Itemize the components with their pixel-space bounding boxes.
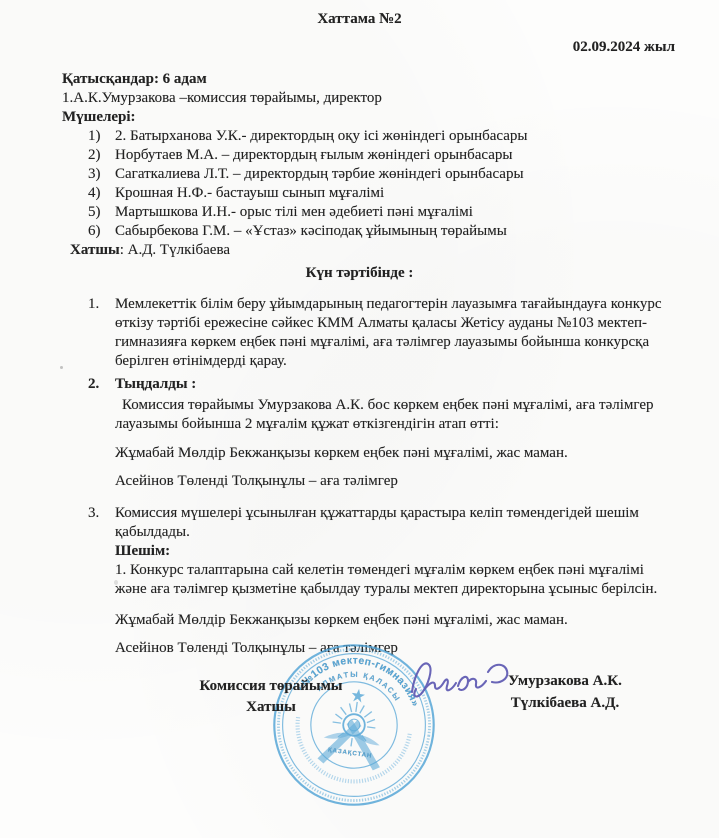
member-row: 5) Мартышкова И.Н.- орыс тілі мен әдебие…	[88, 203, 719, 222]
document-title: Хаттама №2	[0, 0, 719, 29]
member-number: 4)	[88, 184, 115, 203]
chair-line: 1.А.К.Умурзакова –комиссия төрайымы, дир…	[62, 89, 719, 108]
decision-heading: Шешім:	[115, 542, 667, 561]
participants-heading: Қатысқандар: 6 адам	[62, 70, 719, 89]
reviewed-item: 3. Комиссия мүшелері ұсынылған құжаттард…	[88, 504, 671, 599]
member-text: 2. Батырханова У.К.- директордың оқу ісі…	[115, 127, 719, 146]
signature-names: Умурзакова А.К. Түлкібаева А.Д.	[501, 670, 629, 714]
member-row: 3) Сагаткалиева Л.Т. – директордың тәрби…	[88, 165, 719, 184]
member-number: 6)	[88, 222, 115, 241]
scan-artifact	[60, 366, 63, 369]
reviewed-text-and-decision: Комиссия мүшелері ұсынылған құжаттарды қ…	[115, 504, 667, 599]
member-row: 2) Норбутаев М.А. – директордың ғылым жө…	[88, 146, 719, 165]
agenda-item-1: 1. Мемлекеттік білім беру ұйымдарының пе…	[88, 295, 671, 371]
agenda-heading: Күн тәртібінде :	[0, 264, 719, 283]
member-row: 1) 2. Батырханова У.К.- директордың оқу …	[88, 127, 719, 146]
agenda-item-1-text: Мемлекеттік білім беру ұйымдарының педаг…	[115, 295, 667, 371]
secretary-line: Хатшы: А.Д. Түлкібаева	[70, 241, 719, 260]
secretary-name: Түлкібаева А.Д.	[501, 692, 629, 714]
protocol-document-page: Хаттама №2 02.09.2024 жыл Қатысқандар: 6…	[0, 0, 719, 838]
signature-section: «№103 мектеп-гимназия» АЛМАТЫ ҚАЛАСЫ	[0, 640, 719, 838]
listened-heading: Тыңдалды :	[115, 375, 667, 394]
listened-paragraph: Комиссия төрайымы Умурзакова А.К. бос кө…	[115, 396, 663, 434]
chair-name: Умурзакова А.К.	[501, 670, 629, 692]
decision-candidate-1: Жұмабай Мөлдір Бекжанқызы көркем еңбек п…	[115, 611, 675, 630]
members-list: 1) 2. Батырханова У.К.- директордың оқу …	[88, 127, 719, 241]
stamp-star-icon	[351, 688, 366, 703]
listened-heading-row: 2. Тыңдалды :	[88, 375, 671, 394]
chair-title-label: Комиссия төрайымы	[194, 676, 348, 697]
member-row: 4) Крошная Н.Ф.- бастауыш сынып мұғалімі	[88, 184, 719, 203]
member-text: Крошная Н.Ф.- бастауыш сынып мұғалімі	[115, 184, 719, 203]
candidate-line-2: Асейінов Төленді Толқынұлы – аға тәлімге…	[115, 472, 675, 491]
member-row: 6) Сабырбекова Г.М. – «Ұстаз» кәсіподақ …	[88, 222, 719, 241]
handwritten-signature	[404, 652, 516, 714]
signature-titles: Комиссия төрайымы Хатшы	[194, 676, 348, 718]
member-text: Норбутаев М.А. – директордың ғылым жөнін…	[115, 146, 719, 165]
member-text: Сабырбекова Г.М. – «Ұстаз» кәсіподақ ұйы…	[115, 222, 719, 241]
agenda-item-1-number: 1.	[88, 295, 115, 371]
member-number: 5)	[88, 203, 115, 222]
member-number: 1)	[88, 127, 115, 146]
members-heading: Мүшелері:	[62, 108, 719, 127]
secretary-name-inline: : А.Д. Түлкібаева	[120, 242, 230, 258]
reviewed-number: 3.	[88, 504, 115, 599]
listened-number: 2.	[88, 375, 115, 394]
member-text: Мартышкова И.Н.- орыс тілі мен әдебиеті …	[115, 203, 719, 222]
member-number: 2)	[88, 146, 115, 165]
document-date: 02.09.2024 жыл	[0, 38, 719, 57]
candidate-line-1: Жұмабай Мөлдір Бекжанқызы көркем еңбек п…	[115, 444, 675, 463]
secretary-title-label: Хатшы	[194, 697, 348, 718]
decision-paragraph: 1. Конкурс талаптарына сай келетін төмен…	[115, 561, 667, 599]
reviewed-text: Комиссия мүшелері ұсынылған құжаттарды қ…	[115, 505, 639, 540]
scan-artifact	[114, 580, 118, 585]
member-text: Сагаткалиева Л.Т. – директордың тәрбие ж…	[115, 165, 719, 184]
member-number: 3)	[88, 165, 115, 184]
secretary-label: Хатшы	[70, 242, 120, 258]
